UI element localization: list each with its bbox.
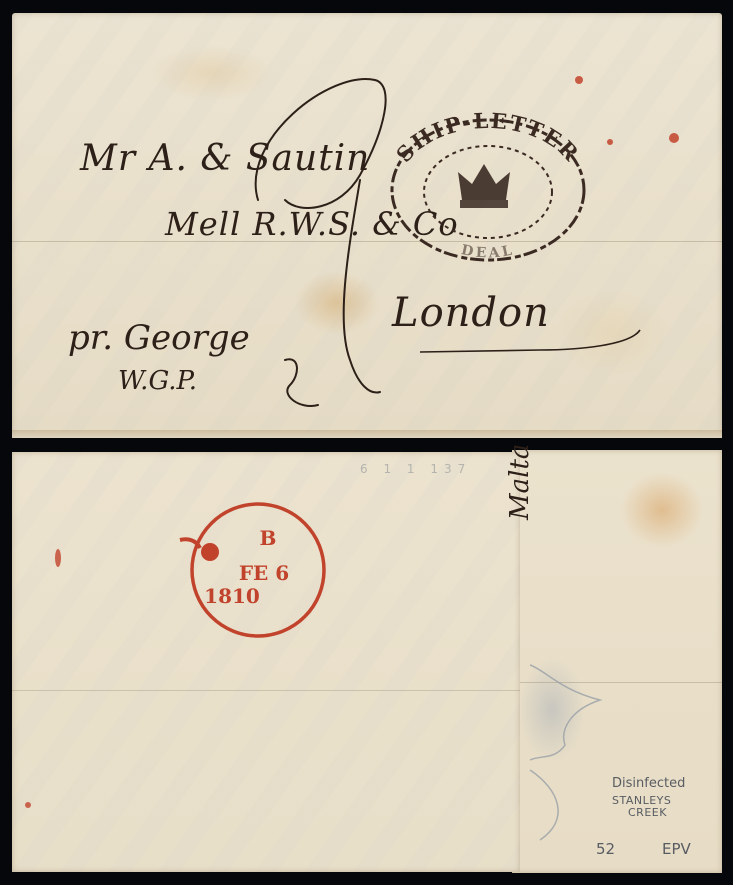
cover-back-flap <box>512 450 722 873</box>
fold-line <box>12 690 520 691</box>
address-line-2: Mell R.W.S. & Co <box>165 205 459 243</box>
cover-back <box>12 452 520 872</box>
faint-pencil-note: 6 1 1 137 <box>360 462 471 476</box>
pencil-note-line-3: CREEK <box>628 806 667 819</box>
address-line-1: Mr A. & Sautin <box>80 138 370 179</box>
address-line-3: London <box>392 290 550 336</box>
pencil-note-line-1: Disinfected <box>612 776 685 791</box>
sheet-edge <box>12 430 722 438</box>
docket-note: Malta <box>505 444 535 520</box>
expert-initials: EPV <box>662 840 691 858</box>
routing-line-1: pr. George <box>68 318 250 358</box>
routing-line-2: W.G.P. <box>118 366 197 396</box>
fold-line <box>512 682 722 683</box>
lot-number: 52 <box>596 840 615 858</box>
